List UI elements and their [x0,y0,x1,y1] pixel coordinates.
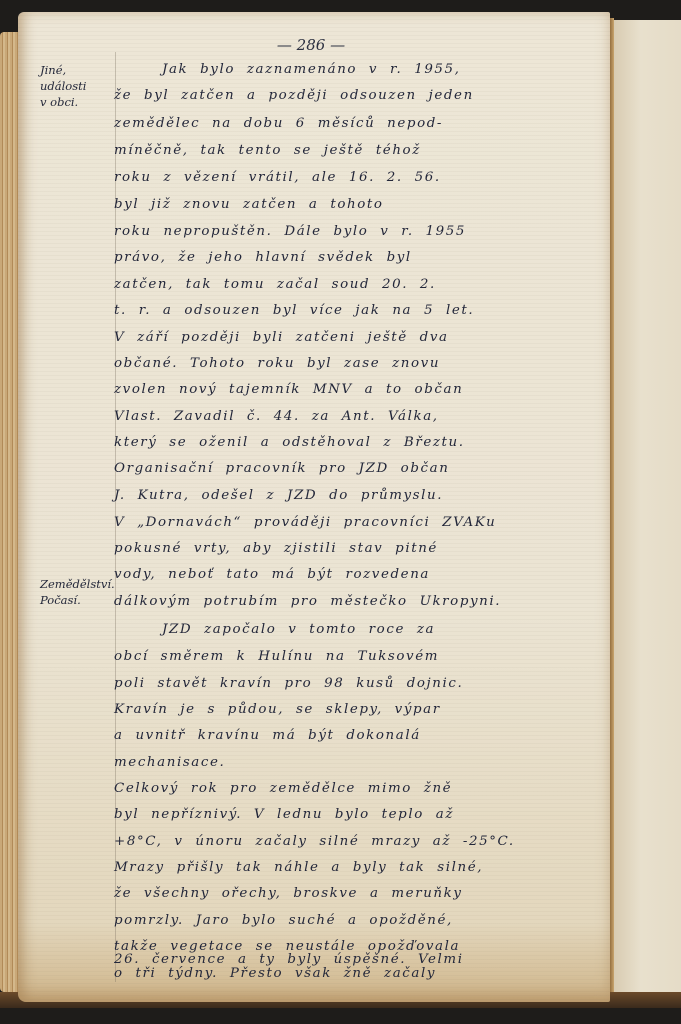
text-line: zemědělec na dobu 6 měsíců nepod- [114,116,443,131]
text-line: pomrzly. Jaro bylo suché a opožděné, [114,913,453,928]
margin-note-line: Jiné, [40,62,120,78]
text-line: právo, že jeho hlavní svědek byl [114,250,412,265]
text-line: že všechny ořechy, broskve a meruňky [114,886,463,901]
text-line: Celkový rok pro zemědělce mimo žně [114,781,452,796]
text-line: zatčen, tak tomu začal soud 20. 2. [114,277,436,292]
book-scan: — 286 — Jiné, události v obci. Zemědělst… [0,8,681,1008]
text-line: roku z vězení vrátil, ale 16. 2. 56. [114,170,441,185]
text-line: byl nepříznivý. V lednu bylo teplo až [114,807,454,822]
text-line: který se oženil a odstěhoval z Březtu. [114,435,465,450]
text-line: JZD započalo v tomto roce za [114,622,435,637]
text-line: dálkovým potrubím pro městečko Ukropyni. [114,594,501,609]
text-line: Jak bylo zaznamenáno v r. 1955, [114,62,461,77]
text-line: pokusné vrty, aby zjistili stav pitné [114,541,438,556]
text-line: občané. Tohoto roku byl zase znovu [114,356,440,371]
margin-note-other-events: Jiné, události v obci. [40,62,120,110]
facing-page [614,20,681,1004]
margin-note-agriculture-weather: Zemědělství. Počasí. [40,576,120,608]
margin-note-line: Počasí. [40,592,120,608]
text-line: Kravín je s půdou, se sklepy, výpar [114,702,441,717]
page-number: — 286 — [276,36,346,54]
text-line: Organisační pracovník pro JZD občan [114,461,449,476]
margin-note-line: v obci. [40,94,120,110]
text-line: +8°C, v únoru začaly silné mrazy až -25°… [114,834,515,849]
text-line: J. Kutra, odešel z JZD do průmyslu. [114,488,443,503]
margin-note-line: události [40,78,120,94]
text-line: poli stavět kravín pro 98 kusů dojnic. [114,676,463,691]
text-line: roku nepropuštěn. Dále bylo v r. 1955 [114,224,466,239]
text-line: zvolen nový tajemník MNV a to občan [114,382,463,397]
text-line: Mrazy přišly tak náhle a byly tak silné, [114,860,483,875]
text-line: obcí směrem k Hulínu na Tuksovém [114,649,439,664]
text-line: vody, neboť tato má být rozvedena [114,567,430,582]
text-line: t. r. a odsouzen byl více jak na 5 let. [114,303,474,318]
text-line: byl již znovu zatčen a tohoto [114,197,384,212]
text-line: V září později byli zatčeni ještě dva [114,330,449,345]
text-line: a uvnitř kravínu má být dokonalá [114,728,421,743]
text-line: Vlast. Zavadil č. 44. za Ant. Válka, [114,409,439,424]
chronicle-page: — 286 — Jiné, události v obci. Zemědělst… [18,12,610,1002]
text-line: míněčně, tak tento se ještě téhož [114,143,421,158]
text-line: že byl zatčen a později odsouzen jeden [114,88,474,103]
text-line: o tři týdny. Přesto však žně začaly [114,966,436,981]
text-line: 26. července a ty byly úspěšné. Velmi [114,952,464,967]
margin-note-line: Zemědělství. [40,576,120,592]
text-line: mechanisace. [114,755,225,770]
text-line: V „Dornavách“ prováději pracovníci ZVAKu [114,515,496,530]
